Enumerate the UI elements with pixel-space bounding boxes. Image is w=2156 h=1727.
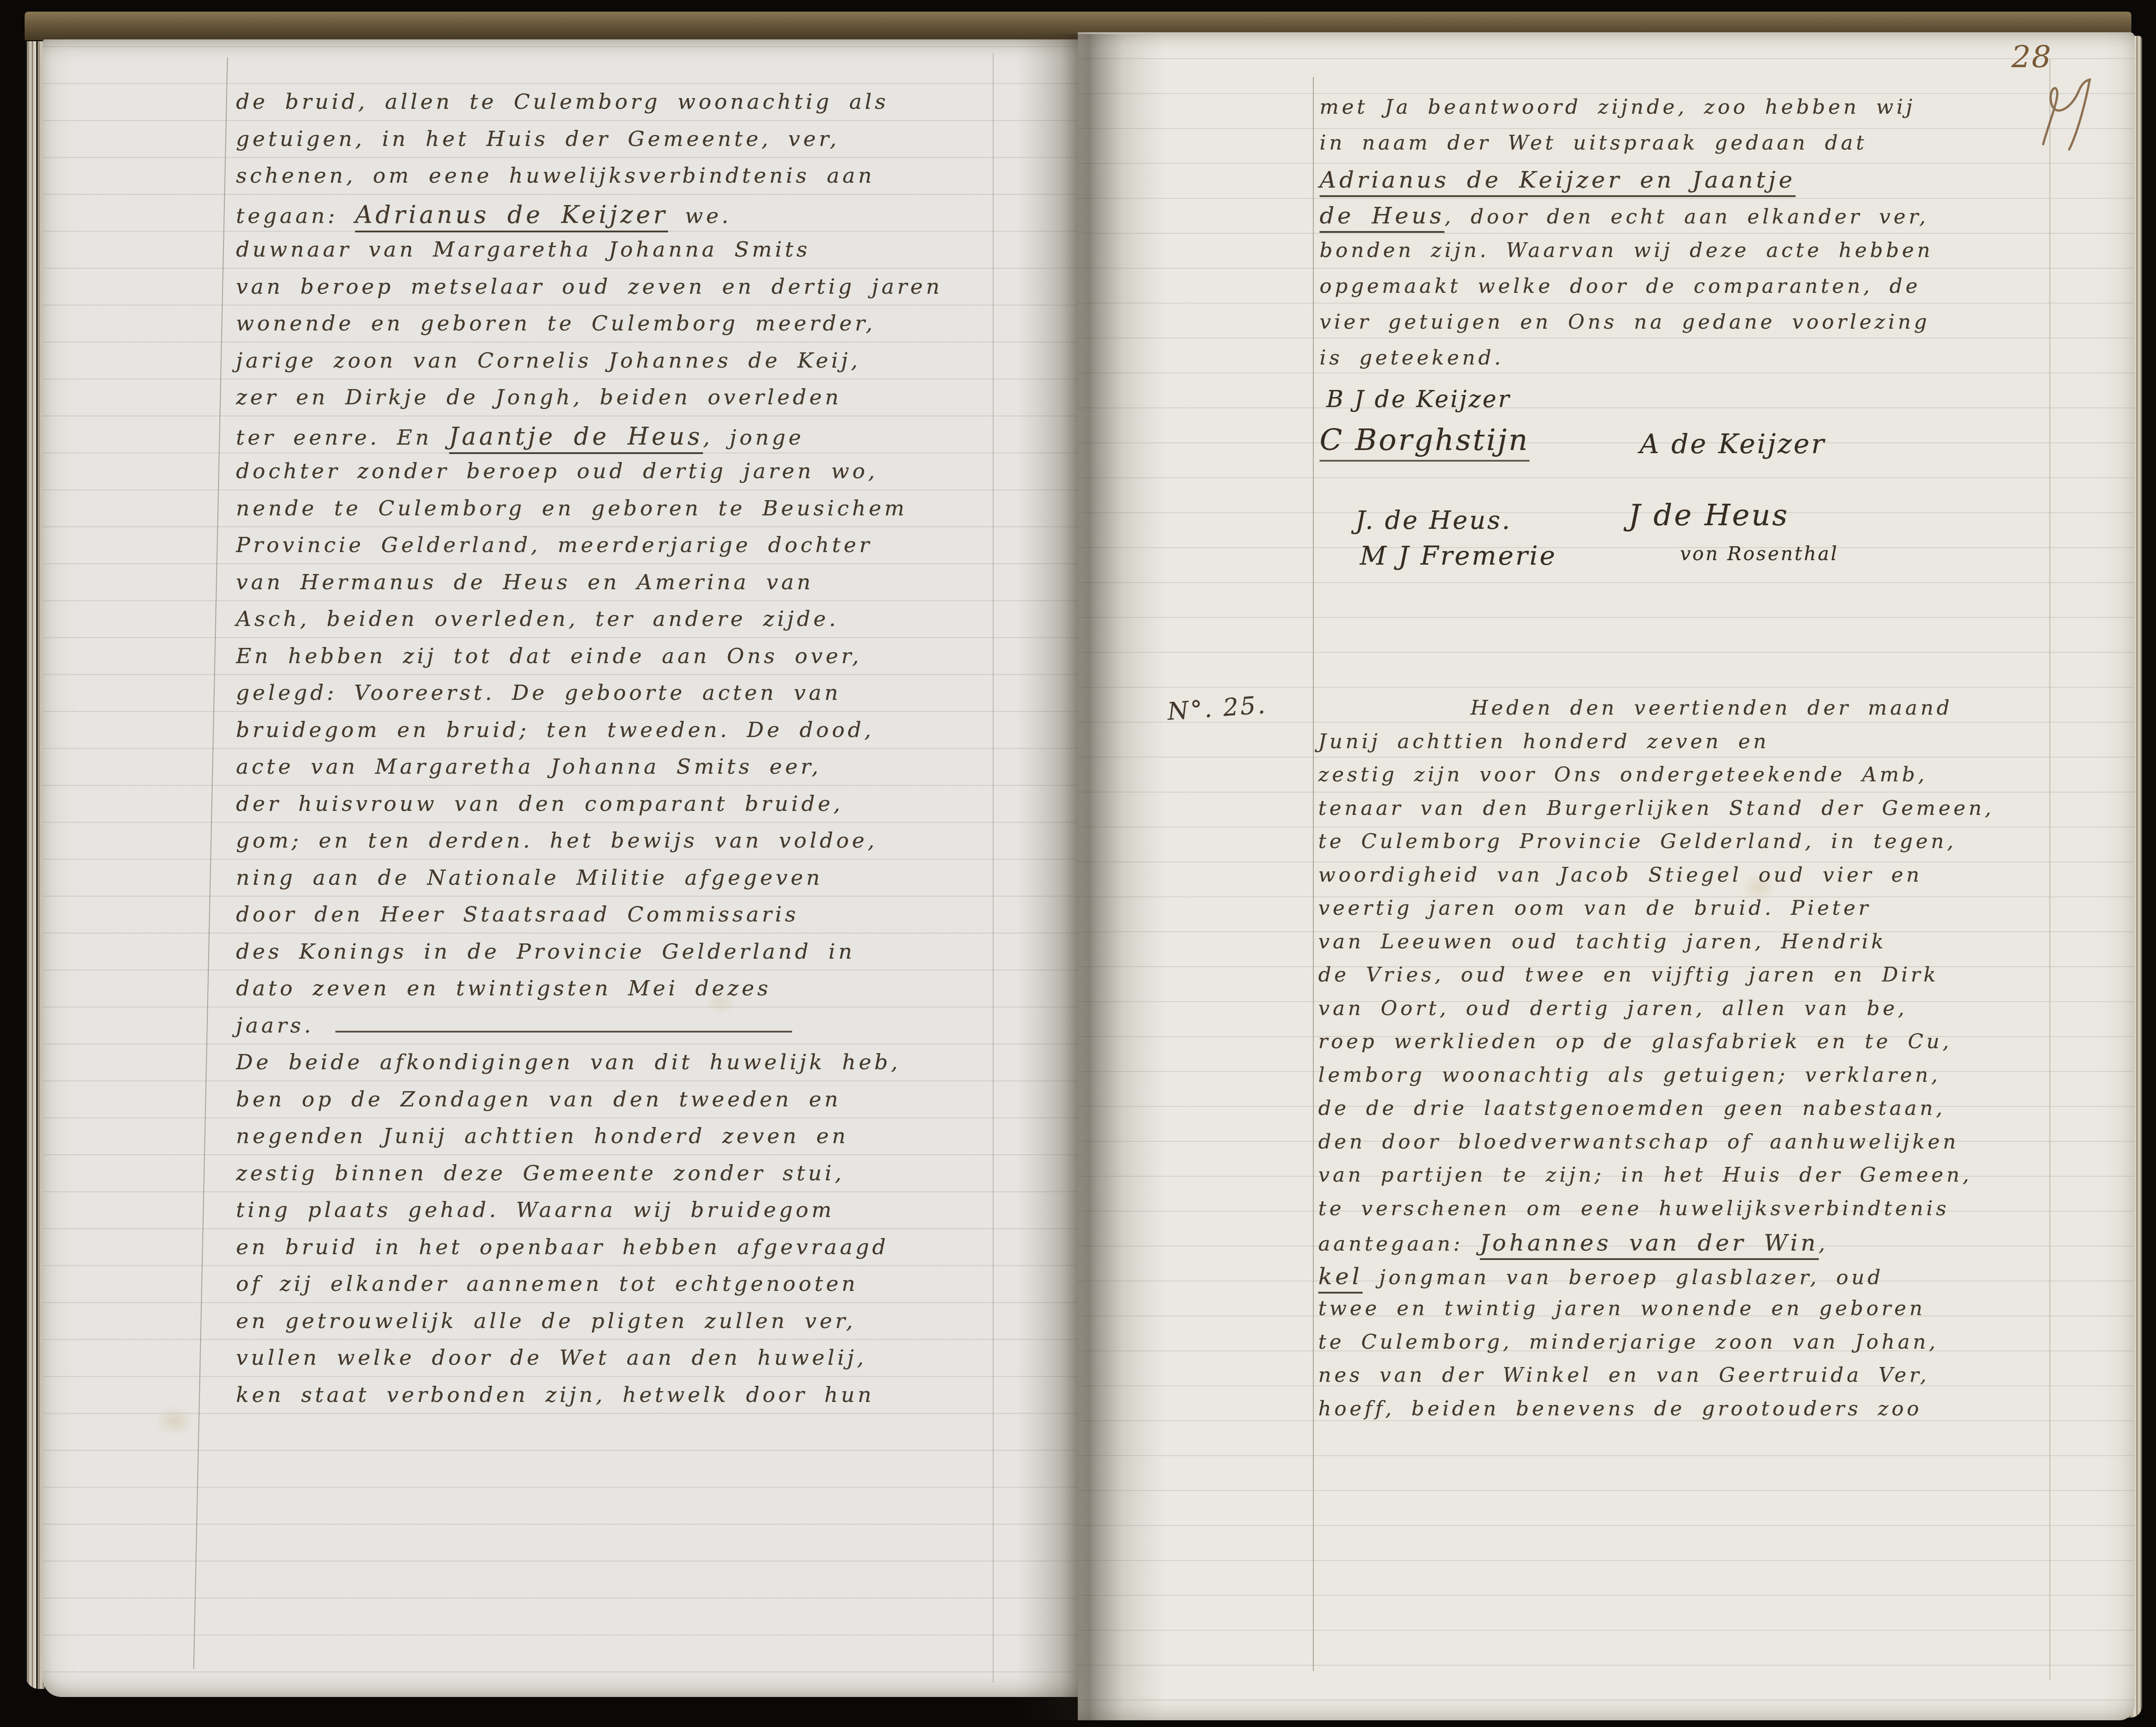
text-line: getuigen, in het Huis der Gemeente, ver, [236, 127, 840, 151]
text-segment: tenaar van den Burgerlijken Stand der Ge… [1318, 796, 1994, 820]
text-line: te Culemborg Provincie Gelderland, in te… [1318, 829, 1957, 853]
text-segment: ting plaats gehad. Waarna wij bruidegom [236, 1198, 835, 1222]
text-segment: jarige zoon van Cornelis Johannes de Kei… [236, 348, 861, 373]
text-segment: de Vries, oud twee en vijftig jaren en D… [1318, 963, 1939, 986]
text-line: ter eenre. En Jaantje de Heus, jonge [236, 422, 804, 450]
text-line: duwnaar van Margaretha Johanna Smits [236, 237, 810, 262]
text-segment: den door bloedverwantschap of aanhuwelij… [1318, 1130, 1959, 1153]
text-segment: acte van Margaretha Johanna Smits eer, [236, 754, 821, 779]
text-segment: jaars. [236, 1013, 331, 1038]
text-segment: wonende en geboren te Culemborg meerder, [236, 311, 876, 336]
text-line: van Oort, oud dertig jaren, allen van be… [1318, 996, 1907, 1020]
text-segment: En hebben zij tot dat einde aan Ons over… [236, 644, 862, 669]
text-line: schenen, om eene huwelijksverbindtenis a… [236, 163, 875, 188]
text-line: dato zeven en twintigsten Mei dezes [236, 976, 771, 1001]
text-line: jarige zoon van Cornelis Johannes de Kei… [236, 348, 861, 373]
text-line: ken staat verbonden zijn, hetwelk door h… [236, 1383, 874, 1407]
text-line: van partijen te zijn; in het Huis der Ge… [1318, 1163, 1972, 1187]
text-line: de Vries, oud twee en vijftig jaren en D… [1318, 963, 1939, 986]
text-line: ting plaats gehad. Waarna wij bruidegom [236, 1198, 835, 1222]
text-line: gom; en ten derden. het bewijs van voldo… [236, 828, 878, 853]
text-segment: en bruid in het openbaar hebben afgevraa… [236, 1235, 889, 1260]
text-segment: duwnaar van Margaretha Johanna Smits [236, 237, 810, 262]
text-line: tegaan: Adrianus de Keijzer we. [236, 201, 732, 229]
text-segment: te Culemborg, minderjarige zoon van Joha… [1318, 1330, 1938, 1354]
text-segment: nende te Culemborg en geboren te Beusich… [236, 496, 908, 521]
text-segment: negenden Junij achttien honderd zeven en [236, 1124, 849, 1148]
text-segment: Asch, beiden overleden, ter andere zijde… [236, 607, 839, 631]
text-segment: woordigheid van Jacob Stiegel oud vier e… [1318, 863, 1922, 887]
text-segment: Johannes van der Win [1480, 1230, 1818, 1260]
text-segment: lemborg woonachtig als getuigen; verklar… [1318, 1063, 1941, 1087]
scan-background: { "book": { "description_left_page": "ma… [0, 0, 2156, 1727]
text-line: vullen welke door de Wet aan den huwelij… [236, 1346, 867, 1370]
text-line: ben op de Zondagen van den tweeden en [236, 1087, 841, 1112]
text-segment: ken staat verbonden zijn, hetwelk door h… [236, 1383, 874, 1407]
text-line: nende te Culemborg en geboren te Beusich… [236, 496, 908, 521]
text-segment: aantegaan: [1318, 1232, 1480, 1256]
text-segment: de bruid, allen te Culemborg woonachtig … [236, 90, 889, 114]
text-line: zestig binnen deze Gemeente zonder stui, [236, 1161, 844, 1186]
text-line: Junij achttien honderd zeven en [1318, 729, 1770, 753]
text-segment: veertig jaren oom van de bruid. Pieter [1318, 896, 1871, 920]
text-segment: Adrianus de Keijzer [355, 201, 668, 232]
text-segment: zestig zijn voor Ons ondergeteekende Amb… [1318, 763, 1928, 786]
text-segment: Heden den veertienden der maand [1470, 696, 1953, 720]
text-segment: des Konings in de Provincie Gelderland i… [236, 939, 855, 964]
text-line: acte van Margaretha Johanna Smits eer, [236, 754, 821, 779]
text-segment: en getrouwelijk alle de pligten zullen v… [236, 1309, 856, 1333]
text-line: de bruid, allen te Culemborg woonachtig … [236, 90, 889, 114]
text-segment: van Leeuwen oud tachtig jaren, Hendrik [1318, 930, 1886, 953]
text-line: van beroep metselaar oud zeven en dertig… [236, 274, 943, 299]
text-segment: tegaan: [236, 204, 355, 228]
text-segment: De beide afkondigingen van dit huwelijk … [236, 1050, 901, 1075]
text-segment: ter eenre. En [236, 425, 449, 450]
text-line: wonende en geboren te Culemborg meerder, [236, 311, 876, 336]
text-line: der huisvrouw van den comparant bruide, [236, 792, 843, 816]
left-page: de bruid, allen te Culemborg woonachtig … [43, 39, 1078, 1697]
entry-25-text: Heden den veertienden der maandJunij ach… [1078, 32, 2135, 1720]
text-segment: nes van der Winkel en van Geertruida Ver… [1318, 1363, 1929, 1387]
text-segment: hoeff, beiden benevens de grootouders zo… [1318, 1397, 1922, 1420]
text-segment: te Culemborg Provincie Gelderland, in te… [1318, 829, 1957, 853]
text-line: Asch, beiden overleden, ter andere zijde… [236, 607, 839, 631]
text-segment: twee en twintig jaren wonende en geboren [1318, 1296, 1925, 1320]
text-segment: getuigen, in het Huis der Gemeente, ver, [236, 127, 840, 151]
text-line: aantegaan: Johannes van der Win, [1318, 1230, 1828, 1256]
text-line: den door bloedverwantschap of aanhuwelij… [1318, 1130, 1959, 1153]
text-line: kel jongman van beroep glasblazer, oud [1318, 1263, 1884, 1290]
text-segment: jongman van beroep glasblazer, oud [1363, 1265, 1884, 1289]
text-line: van Leeuwen oud tachtig jaren, Hendrik [1318, 930, 1886, 953]
text-segment: gelegd: Vooreerst. De geboorte acten van [236, 681, 841, 705]
text-line: des Konings in de Provincie Gelderland i… [236, 939, 855, 964]
text-line: gelegd: Vooreerst. De geboorte acten van [236, 681, 841, 705]
text-segment: bruidegom en bruid; ten tweeden. De dood… [236, 718, 874, 742]
text-line: ning aan de Nationale Militie afgegeven [236, 866, 823, 890]
text-segment: Jaantje de Heus [449, 422, 703, 454]
text-segment: zer en Dirkje de Jongh, beiden overleden [236, 385, 842, 410]
text-segment: roep werklieden op de glasfabriek en te … [1318, 1029, 1952, 1053]
text-segment: dochter zonder beroep oud dertig jaren w… [236, 459, 878, 484]
text-line: of zij elkander aannemen tot echtgenoote… [236, 1272, 858, 1296]
text-line: zer en Dirkje de Jongh, beiden overleden [236, 385, 842, 410]
text-line: zestig zijn voor Ons ondergeteekende Amb… [1318, 763, 1928, 786]
text-segment: van beroep metselaar oud zeven en dertig… [236, 274, 943, 299]
text-segment: te verschenen om eene huwelijksverbindte… [1318, 1196, 1950, 1220]
text-segment: we. [668, 204, 732, 228]
text-line: hoeff, beiden benevens de grootouders zo… [1318, 1397, 1922, 1420]
text-line: De beide afkondigingen van dit huwelijk … [236, 1050, 901, 1075]
text-line: veertig jaren oom van de bruid. Pieter [1318, 896, 1871, 920]
text-segment: der huisvrouw van den comparant bruide, [236, 792, 843, 816]
text-line: jaars. [236, 1013, 792, 1038]
text-line: Heden den veertienden der maand [1470, 696, 1953, 720]
text-segment: ning aan de Nationale Militie afgegeven [236, 866, 823, 890]
text-line: tenaar van den Burgerlijken Stand der Ge… [1318, 796, 1994, 820]
right-page: 28 met Ja beantwoord zijnde, zoo hebben … [1078, 32, 2135, 1720]
left-page-text-block: de bruid, allen te Culemborg woonachtig … [43, 39, 1078, 1697]
text-segment: zestig binnen deze Gemeente zonder stui, [236, 1161, 844, 1186]
text-segment: door den Heer Staatsraad Commissaris [236, 902, 799, 927]
text-line: en bruid in het openbaar hebben afgevraa… [236, 1235, 889, 1260]
text-line: van Hermanus de Heus en Amerina van [236, 570, 814, 595]
text-segment: van Hermanus de Heus en Amerina van [236, 570, 814, 595]
text-line: twee en twintig jaren wonende en geboren [1318, 1296, 1925, 1320]
text-line: en getrouwelijk alle de pligten zullen v… [236, 1309, 856, 1333]
text-segment: van Oort, oud dertig jaren, allen van be… [1318, 996, 1907, 1020]
text-segment: van partijen te zijn; in het Huis der Ge… [1318, 1163, 1972, 1187]
text-segment: dato zeven en twintigsten Mei dezes [236, 976, 771, 1001]
ink-rule [335, 1019, 792, 1033]
text-segment: of zij elkander aannemen tot echtgenoote… [236, 1272, 858, 1296]
page-stack-edges-left [26, 41, 44, 1689]
text-line: de de drie laatstgenoemden geen nabestaa… [1318, 1096, 1946, 1120]
text-segment: Junij achttien honderd zeven en [1318, 729, 1770, 753]
text-line: En hebben zij tot dat einde aan Ons over… [236, 644, 862, 669]
text-segment: schenen, om eene huwelijksverbindtenis a… [236, 163, 875, 188]
text-segment: vullen welke door de Wet aan den huwelij… [236, 1346, 867, 1370]
text-line: te Culemborg, minderjarige zoon van Joha… [1318, 1330, 1938, 1354]
text-line: woordigheid van Jacob Stiegel oud vier e… [1318, 863, 1922, 887]
text-line: nes van der Winkel en van Geertruida Ver… [1318, 1363, 1929, 1387]
text-segment: kel [1318, 1263, 1363, 1294]
text-segment: ben op de Zondagen van den tweeden en [236, 1087, 841, 1112]
text-segment: gom; en ten derden. het bewijs van voldo… [236, 828, 878, 853]
text-line: lemborg woonachtig als getuigen; verklar… [1318, 1063, 1941, 1087]
text-line: dochter zonder beroep oud dertig jaren w… [236, 459, 878, 484]
text-segment: Provincie Gelderland, meerderjarige doch… [236, 533, 873, 557]
text-line: door den Heer Staatsraad Commissaris [236, 902, 799, 927]
text-line: te verschenen om eene huwelijksverbindte… [1318, 1196, 1950, 1220]
text-line: negenden Junij achttien honderd zeven en [236, 1124, 849, 1148]
text-segment: , [1819, 1232, 1828, 1256]
text-segment: , jonge [703, 425, 804, 450]
text-line: bruidegom en bruid; ten tweeden. De dood… [236, 718, 874, 742]
text-line: roep werklieden op de glasfabriek en te … [1318, 1029, 1952, 1053]
text-line: Provincie Gelderland, meerderjarige doch… [236, 533, 873, 557]
text-segment: de de drie laatstgenoemden geen nabestaa… [1318, 1096, 1946, 1120]
